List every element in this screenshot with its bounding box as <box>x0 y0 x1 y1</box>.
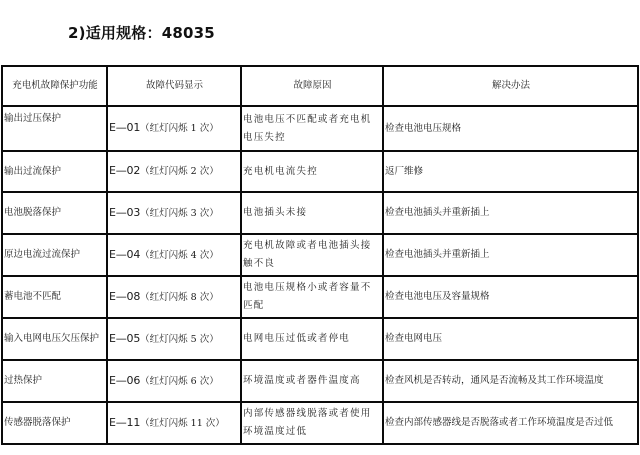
cell-cause: 环境温度或者器件温度高 <box>241 360 383 402</box>
table-row: 原边电流过流保护 E—04（红灯闪烁 4 次） 充电机故障或者电池插头接触不良 … <box>2 234 638 276</box>
fault-code-note: （红灯闪烁 3 次） <box>140 208 219 219</box>
fault-code-note: （红灯闪烁 1 次） <box>140 123 219 134</box>
table-row: 输出过流保护 E—02（红灯闪烁 2 次） 充电机电流失控 返厂维修 <box>2 151 638 192</box>
cell-solution: 检查电池电压及容量规格 <box>383 276 638 318</box>
cell-cause: 电网电压过低或者停电 <box>241 318 383 360</box>
table-row: 过热保护 E—06（红灯闪烁 6 次） 环境温度或者器件温度高 检查风机是否转动… <box>2 360 638 402</box>
fault-code-note: （红灯闪烁 2 次） <box>140 166 219 177</box>
header-solution: 解决办法 <box>383 66 638 106</box>
fault-protection-table: 充电机故障保护功能 故障代码显示 故障原因 解决办法 输出过压保护 E—01（红… <box>1 65 639 445</box>
fault-code: E—08 <box>109 290 140 303</box>
header-fault-code: 故障代码显示 <box>107 66 241 106</box>
cell-function: 输出过压保护 <box>2 106 107 151</box>
cell-code: E—03（红灯闪烁 3 次） <box>107 192 241 234</box>
cell-cause: 电池电压不匹配或者充电机电压失控 <box>241 106 383 151</box>
cell-solution: 检查电池插头并重新插上 <box>383 192 638 234</box>
fault-code-note: （红灯闪烁 6 次） <box>140 376 219 387</box>
cell-solution: 检查电池电压规格 <box>383 106 638 151</box>
section-title: 2)适用规格：48035 <box>68 22 215 43</box>
table-row: 传感器脱落保护 E—11（红灯闪烁 11 次） 内部传感器线脱落或者使用环境温度… <box>2 402 638 444</box>
fault-code: E—01 <box>109 121 140 134</box>
cell-cause: 内部传感器线脱落或者使用环境温度过低 <box>241 402 383 444</box>
cell-cause: 电池电压规格小或者容量不匹配 <box>241 276 383 318</box>
cell-code: E—06（红灯闪烁 6 次） <box>107 360 241 402</box>
cell-solution: 返厂维修 <box>383 151 638 192</box>
cell-code: E—08（红灯闪烁 8 次） <box>107 276 241 318</box>
cell-solution: 检查电网电压 <box>383 318 638 360</box>
cell-solution: 检查电池插头并重新插上 <box>383 234 638 276</box>
cell-solution: 检查内部传感器线是否脱落或者工作环境温度是否过低 <box>383 402 638 444</box>
cell-function: 电池脱落保护 <box>2 192 107 234</box>
fault-code: E—04 <box>109 248 140 261</box>
cell-code: E—04（红灯闪烁 4 次） <box>107 234 241 276</box>
cell-function: 原边电流过流保护 <box>2 234 107 276</box>
header-fault-cause: 故障原因 <box>241 66 383 106</box>
header-protection-function: 充电机故障保护功能 <box>2 66 107 106</box>
cell-code: E—05（红灯闪烁 5 次） <box>107 318 241 360</box>
fault-code: E—02 <box>109 164 140 177</box>
cell-function: 传感器脱落保护 <box>2 402 107 444</box>
fault-code-note: （红灯闪烁 5 次） <box>140 334 219 345</box>
cell-function: 输出过流保护 <box>2 151 107 192</box>
table-row: 输入电网电压欠压保护 E—05（红灯闪烁 5 次） 电网电压过低或者停电 检查电… <box>2 318 638 360</box>
fault-code: E—11 <box>109 416 140 429</box>
fault-code: E—06 <box>109 374 140 387</box>
fault-code: E—05 <box>109 332 140 345</box>
cell-cause: 充电机故障或者电池插头接触不良 <box>241 234 383 276</box>
cell-function: 蓄电池不匹配 <box>2 276 107 318</box>
cell-function: 过热保护 <box>2 360 107 402</box>
table-row: 输出过压保护 E—01（红灯闪烁 1 次） 电池电压不匹配或者充电机电压失控 检… <box>2 106 638 151</box>
fault-code-note: （红灯闪烁 11 次） <box>140 418 225 429</box>
cell-cause: 充电机电流失控 <box>241 151 383 192</box>
cell-cause: 电池插头未接 <box>241 192 383 234</box>
cell-code: E—01（红灯闪烁 1 次） <box>107 106 241 151</box>
fault-code: E—03 <box>109 206 140 219</box>
table-row: 蓄电池不匹配 E—08（红灯闪烁 8 次） 电池电压规格小或者容量不匹配 检查电… <box>2 276 638 318</box>
cell-function: 输入电网电压欠压保护 <box>2 318 107 360</box>
cell-solution: 检查风机是否转动，通风是否流畅及其工作环境温度 <box>383 360 638 402</box>
table-row: 电池脱落保护 E—03（红灯闪烁 3 次） 电池插头未接 检查电池插头并重新插上 <box>2 192 638 234</box>
cell-code: E—02（红灯闪烁 2 次） <box>107 151 241 192</box>
fault-code-note: （红灯闪烁 8 次） <box>140 292 219 303</box>
fault-code-note: （红灯闪烁 4 次） <box>140 250 219 261</box>
cell-code: E—11（红灯闪烁 11 次） <box>107 402 241 444</box>
table-header-row: 充电机故障保护功能 故障代码显示 故障原因 解决办法 <box>2 66 638 106</box>
